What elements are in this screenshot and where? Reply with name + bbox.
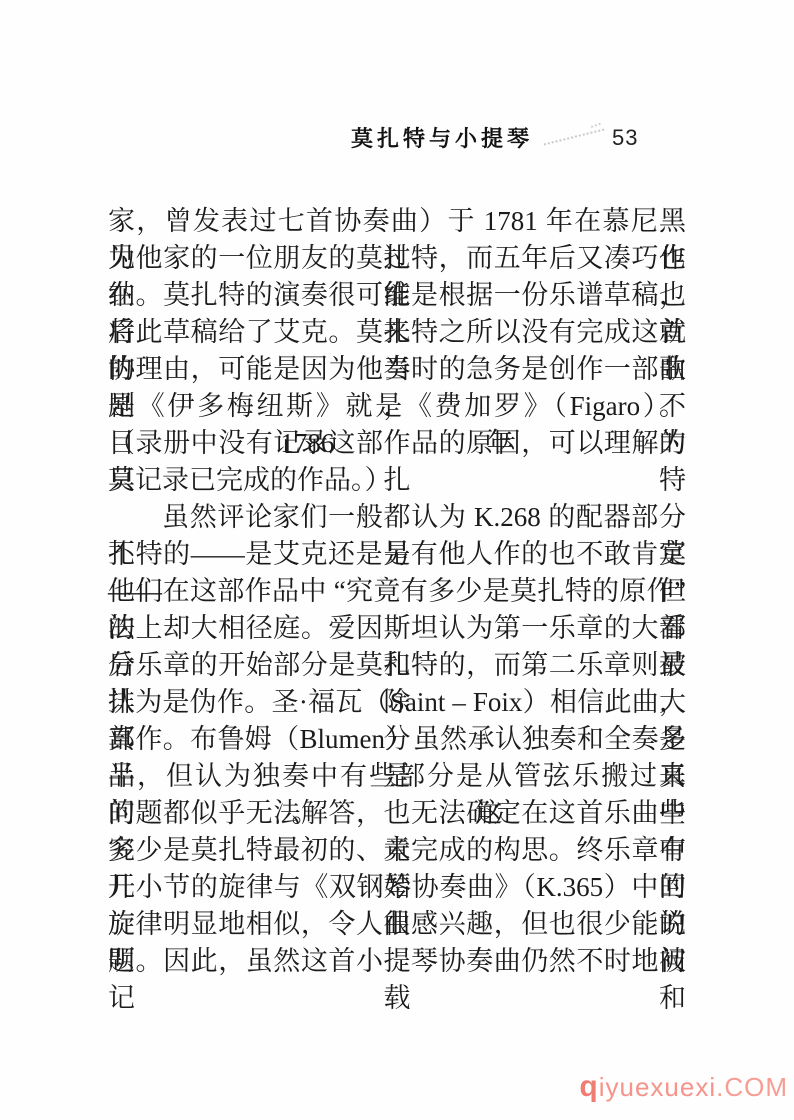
text-line: 是《伊多梅纽斯》就是《费加罗》（Figaro）。（1786 年的 <box>108 388 686 425</box>
text-line: 他们在这部作品中 “究竟有多少是莫扎特的原作” 的看 <box>108 573 686 610</box>
text-line: 目录册中没有记录这部作品的原因，可以理解为莫扎特 <box>108 425 686 462</box>
text-line: 扎特的——是艾克还是另有他人作的也不敢肯定——但 <box>108 536 686 573</box>
watermark-text: iyuexuexi <box>599 1072 716 1102</box>
watermark-initial: q <box>579 1070 598 1103</box>
running-title: 莫扎特与小提琴 <box>351 122 533 153</box>
text-line: 题。因此，虽然这首小提琴协奏曲仍然不时地被记载和 <box>108 943 686 980</box>
text-line: 品，但认为独奏中有些部分是从管弦乐搬过来的。这些 <box>108 758 686 795</box>
text-line: 法上却大相径庭。爱因斯坦认为第一乐章的大部分和最 <box>108 610 686 647</box>
text-line: 纳。莫扎特的演奏很可能是根据一份乐谱草稿，后来就 <box>108 277 686 314</box>
text-line: 为他家的一位朋友的莫扎特，而五年后又凑巧也在维也 <box>108 240 686 277</box>
smudge-mark <box>544 129 605 146</box>
page-header: 莫扎特与小提琴 53 <box>0 120 794 154</box>
body-text: 家，曾发表过七首协奏曲）于 1781 年在慕尼黑见过作 为他家的一位朋友的莫扎特… <box>108 203 686 980</box>
text-line: 旋律明显地相似，令人很感兴趣，但也很少能说明问 <box>108 906 686 943</box>
text-line: 的理由，可能是因为他当时的急务是创作一部歌剧，不 <box>108 351 686 388</box>
watermark-domain-suffix: .COM <box>716 1072 788 1102</box>
text-line: 家，曾发表过七首协奏曲）于 1781 年在慕尼黑见过作 <box>108 203 686 240</box>
text-line: 后乐章的开始部分是莫扎特的，而第二乐章则被排除， <box>108 647 686 684</box>
text-line: 认为是伪作。圣·福瓦（Saint – Foix）相信此曲大部分是 <box>108 684 686 721</box>
text-line: 将此草稿给了艾克。莫扎特之所以没有完成这首协奏曲 <box>108 314 686 351</box>
watermark: qiyuexuexi.COM <box>579 1070 788 1104</box>
book-page: 莫扎特与小提琴 53 家，曾发表过七首协奏曲）于 1781 年在慕尼黑见过作 为… <box>0 0 794 1120</box>
text-line: 问题都似乎无法解答，也无法确定在这首乐曲中究竟有 <box>108 795 686 832</box>
page-number: 53 <box>612 125 638 151</box>
text-line: 多少是莫扎特最初的、未完成的构思。终乐章中开始的 <box>108 832 686 869</box>
text-line: 真作。布鲁姆（Blumen）虽然承认独奏和全奏多半是真 <box>108 721 686 758</box>
text-line: 几小节的旋律与《双钢琴协奏曲》（K.365）中回旋曲的 <box>108 869 686 906</box>
text-line: 虽然评论家们一般都认为 K.268 的配器部分不是莫 <box>108 499 686 536</box>
